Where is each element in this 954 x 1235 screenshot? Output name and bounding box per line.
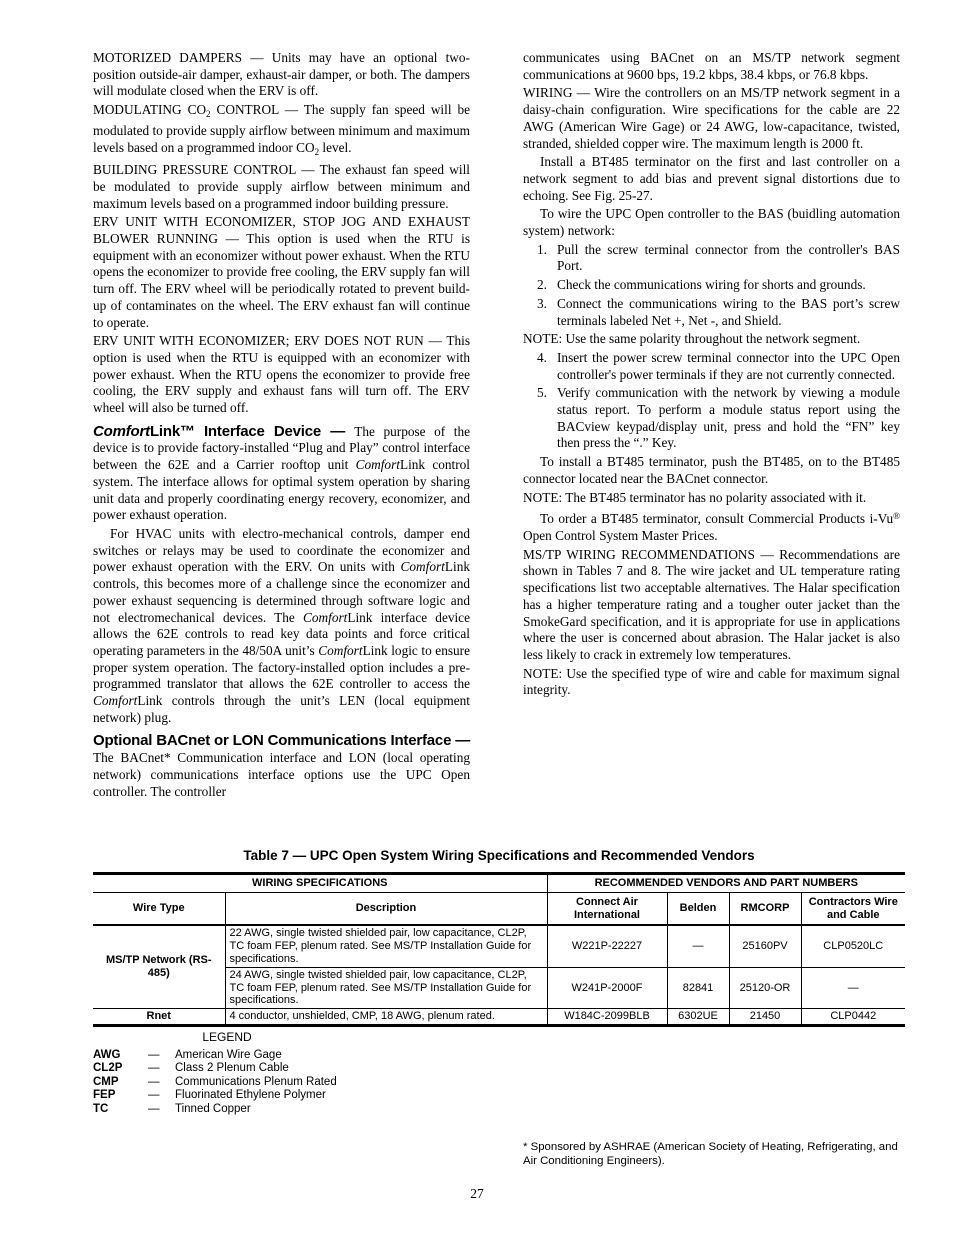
group-header-vendors: RECOMMENDED VENDORS AND PART NUMBERS [547,874,905,893]
cell-rmcorp: 25160PV [729,925,801,967]
list-item-text: Pull the screw terminal connector from t… [557,242,900,274]
legend-definition: American Wire Gage [175,1049,361,1063]
legend-term: CMP [93,1076,148,1090]
list-item-text: Connect the communications wiring to the… [557,296,900,328]
legend-entry: FEP — Fluorinated Ethylene Polymer [93,1089,361,1103]
cell-connect-air: W184C-2099BLB [547,1009,667,1026]
cell-connect-air: W221P-22227 [547,925,667,967]
cell-wire-type: Rnet [93,1009,225,1026]
legend: LEGEND AWG — American Wire Gage CL2P — C… [93,1031,361,1117]
section-comfortlink-interface: ComfortLink™ Interface Device — The purp… [93,424,470,524]
col-header-belden: Belden [667,892,729,925]
legend-term: TC [93,1103,148,1117]
legend-definition: Class 2 Plenum Cable [175,1062,361,1076]
legend-definition: Tinned Copper [175,1103,361,1117]
paragraph-motorized-dampers: MOTORIZED DAMPERS — Units may have an op… [93,50,470,100]
legend-entry: CMP — Communications Plenum Rated [93,1076,361,1090]
cell-rmcorp: 21450 [729,1009,801,1026]
list-number: 3. [537,296,547,313]
list-item-text: Insert the power screw terminal connecto… [557,350,900,382]
legend-term: AWG [93,1049,148,1063]
paragraph-mstp-recommendations: MS/TP WIRING RECOMMENDATIONS — Recommend… [523,547,900,664]
list-item-1: 1. Pull the screw terminal connector fro… [523,242,900,275]
legend-entry: AWG — American Wire Gage [93,1049,361,1063]
cell-description: 4 conductor, unshielded, CMP, 18 AWG, pl… [225,1009,547,1026]
page-number: 27 [0,1186,954,1202]
list-number: 4. [537,350,547,367]
list-item-2: 2. Check the communications wiring for s… [523,277,900,294]
legend-dash: — [148,1049,175,1063]
legend-definition: Fluorinated Ethylene Polymer [175,1089,361,1103]
legend-term: FEP [93,1089,148,1103]
note-bt485: NOTE: The BT485 terminator has no polari… [523,490,900,507]
group-header-wiring: WIRING SPECIFICATIONS [93,874,547,893]
paragraph-erv-economizer-no-run: ERV UNIT WITH ECONOMIZER; ERV DOES NOT R… [93,333,470,417]
note-wire-type: NOTE: Use the specified type of wire and… [523,666,900,699]
cell-wire-type: MS/TP Network (RS-485) [93,925,225,1008]
list-item-text: Verify communication with the network by… [557,385,900,450]
cell-belden: 82841 [667,967,729,1008]
section-bacnet-lon-interface: Optional BACnet or LON Communications In… [93,733,470,800]
paragraph-comfortlink-hvac: For HVAC units with electro-mechanical c… [93,526,470,726]
paragraph-order-bt485: To order a BT485 terminator, consult Com… [523,508,900,544]
legend-definition: Communications Plenum Rated [175,1076,361,1090]
cell-contractors: CLP0442 [801,1009,905,1026]
paragraph-erv-economizer-stop-jog: ERV UNIT WITH ECONOMIZER, STOP JOG AND E… [93,214,470,331]
cell-description: 24 AWG, single twisted shielded pair, lo… [225,967,547,1008]
table7-section: Table 7 — UPC Open System Wiring Specifi… [93,848,905,1027]
paragraph-bacnet-continued: communicates using BACnet on an MS/TP ne… [523,50,900,83]
legend-entry: CL2P — Class 2 Plenum Cable [93,1062,361,1076]
col-header-connect-air: Connect Air International [547,892,667,925]
table7-title: Table 7 — UPC Open System Wiring Specifi… [93,848,905,863]
col-header-wire-type: Wire Type [93,892,225,925]
table7: WIRING SPECIFICATIONS RECOMMENDED VENDOR… [93,872,905,1027]
cell-belden: 6302UE [667,1009,729,1026]
table-group-header-row: WIRING SPECIFICATIONS RECOMMENDED VENDOR… [93,874,905,893]
legend-title: LEGEND [93,1031,361,1045]
ashrae-footnote: * Sponsored by ASHRAE (American Society … [523,1141,905,1169]
col-header-description: Description [225,892,547,925]
legend-entry: TC — Tinned Copper [93,1103,361,1117]
list-number: 5. [537,385,547,402]
col-header-rmcorp: RMCORP [729,892,801,925]
legend-term: CL2P [93,1062,148,1076]
manual-page: MOTORIZED DAMPERS — Units may have an op… [0,0,954,1235]
paragraph-modulating-co2: MODULATING CO2 CONTROL — The supply fan … [93,102,470,160]
paragraph-bt485-install: Install a BT485 terminator on the first … [523,154,900,204]
list-item-3: 3. Connect the communications wiring to … [523,296,900,329]
paragraph-wiring: WIRING — Wire the controllers on an MS/T… [523,85,900,152]
list-item-5: 5. Verify communication with the network… [523,385,900,452]
table-column-header-row: Wire Type Description Connect Air Intern… [93,892,905,925]
cell-rmcorp: 25120-OR [729,967,801,1008]
left-column: MOTORIZED DAMPERS — Units may have an op… [93,50,470,802]
cell-connect-air: W241P-2000F [547,967,667,1008]
paragraph-building-pressure: BUILDING PRESSURE CONTROL — The exhaust … [93,162,470,212]
col-header-contractors: Contractors Wire and Cable [801,892,905,925]
table-row: MS/TP Network (RS-485) 22 AWG, single tw… [93,925,905,967]
cell-contractors: — [801,967,905,1008]
list-item-4: 4. Insert the power screw terminal conne… [523,350,900,383]
list-item-text: Check the communications wiring for shor… [557,277,866,292]
cell-description: 22 AWG, single twisted shielded pair, lo… [225,925,547,967]
legend-dash: — [148,1089,175,1103]
legend-dash: — [148,1062,175,1076]
note-polarity: NOTE: Use the same polarity throughout t… [523,331,900,348]
paragraph-bas-intro: To wire the UPC Open controller to the B… [523,206,900,239]
legend-dash: — [148,1076,175,1090]
paragraph-bt485-push: To install a BT485 terminator, push the … [523,454,900,487]
legend-dash: — [148,1103,175,1117]
cell-contractors: CLP0520LC [801,925,905,967]
list-number: 2. [537,277,547,294]
table-row: Rnet 4 conductor, unshielded, CMP, 18 AW… [93,1009,905,1026]
list-number: 1. [537,242,547,259]
cell-belden: — [667,925,729,967]
right-column: communicates using BACnet on an MS/TP ne… [523,50,900,701]
